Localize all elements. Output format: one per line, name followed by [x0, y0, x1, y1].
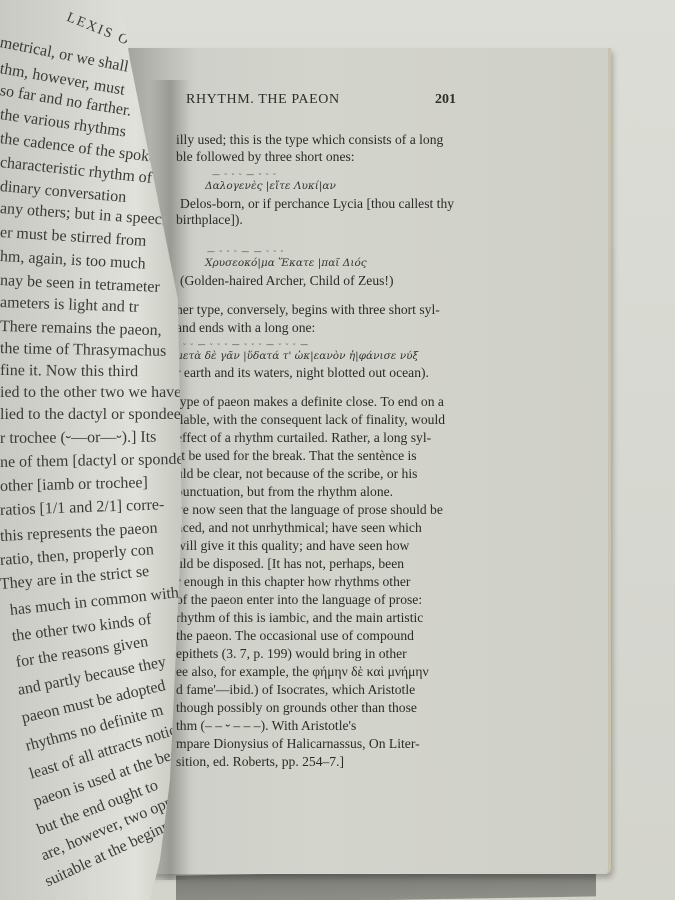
text-line: ee also, for example, the φήμην δὲ καὶ μ…	[176, 664, 429, 680]
text-line: illy used; this is the type which consis…	[176, 132, 443, 148]
text-line: st be used for the break. That the sentè…	[176, 448, 417, 464]
text-line: uld be disposed. [It has not, perhaps, b…	[176, 556, 404, 572]
left-text-line: ameters is light and tr	[0, 294, 139, 317]
greek-verse: Δαλογενὲς |εἴτε Λυκί|αν	[205, 180, 336, 192]
text-line: rhythm of this is iambic, and the main a…	[176, 610, 423, 626]
left-text-line: ne of them [dactyl or spondee	[0, 451, 191, 472]
text-line: type of paeon makes a definite close. To…	[176, 394, 444, 410]
text-line: thm (– – ⏑ – – –). With Aristotle's	[176, 718, 356, 734]
meter-marks: ⏑ ⏑ ⏑ — ⏑ ⏑ ⏑ — ⏑ ⏑ ⏑ — ⏑ ⏑ ⏑ —	[176, 340, 309, 350]
running-head: RHYTHM. THE PAEON 201	[186, 92, 456, 108]
left-text-line: fine it. Now this third	[0, 362, 138, 381]
left-text-line: er must be stirred from	[0, 224, 147, 251]
left-text-line: ratios [1/1 and 2/1] corre-	[0, 496, 165, 520]
text-line: will give it this quality; and have seen…	[176, 538, 409, 554]
left-text-line: nay be seen in tetrameter	[0, 272, 160, 297]
text-line: the paeon. The occasional use of compoun…	[176, 628, 414, 644]
text-line: her type, conversely, begins with three …	[176, 302, 440, 318]
greek-verse: Χρυσεοκό|μα Ἕκατε |παῖ Διός	[205, 257, 367, 269]
left-text-line: There remains the paeon,	[0, 318, 162, 340]
text-line: uld be clear, not because of the scribe,…	[176, 466, 417, 482]
text-line: r enough in this chapter how rhythms oth…	[176, 574, 410, 590]
text-line: epithets (3. 7, p. 199) would bring in o…	[176, 646, 407, 662]
translation: Delos-born, or if perchance Lycia [thou …	[180, 196, 454, 212]
greek-verse: μετὰ δὲ γᾶν |ὕδατά τ' ὠκ|εανὸν ἠ|φάνισε …	[176, 350, 418, 362]
left-text-line: lied to the dactyl or spondee	[0, 406, 181, 424]
text-line: ble followed by three short ones:	[176, 149, 355, 165]
text-line: mpare Dionysius of Halicarnassus, On Lit…	[176, 736, 420, 752]
meter-marks: — ⏑ ⏑ ⏑ — ⏑ ⏑ ⏑	[212, 170, 277, 180]
left-text-line: hm, again, is too much	[0, 248, 146, 274]
text-line: ve now seen that the language of prose s…	[176, 502, 443, 518]
text-line: nced, and not unrhythmical; have seen wh…	[176, 520, 422, 536]
text-line: llable, with the consequent lack of fina…	[176, 412, 445, 428]
translation: r earth and its waters, night blotted ou…	[176, 365, 429, 381]
text-line: d fame'—ibid.) of Isocrates, which Arist…	[176, 682, 415, 698]
left-text-line: r trochee (⏑—or—⏑).] Its	[0, 429, 156, 448]
translation: (Golden-haired Archer, Child of Zeus!)	[180, 273, 393, 289]
text-line: though possibly on grounds other than th…	[176, 700, 417, 716]
chapter-title: RHYTHM. THE PAEON	[186, 92, 340, 108]
page-number: 201	[435, 92, 456, 108]
text-line: of the paeon enter into the language of …	[176, 592, 422, 608]
left-text-line: ied to the other two we have	[0, 384, 181, 402]
text-line: punctuation, but from the rhythm alone.	[176, 484, 393, 500]
meter-marks: — ⏑ ⏑ ⏑ — — ⏑ ⏑ ⏑	[207, 247, 284, 257]
left-text-line: the time of Thrasymachus	[0, 340, 166, 361]
text-line: effect of a rhythm curtailed. Rather, a …	[176, 430, 431, 446]
text-line: and ends with a long one:	[176, 320, 315, 336]
text-line: sition, ed. Roberts, pp. 254–7.]	[176, 754, 344, 770]
left-text-line: other [iamb or trochee]	[0, 474, 148, 496]
